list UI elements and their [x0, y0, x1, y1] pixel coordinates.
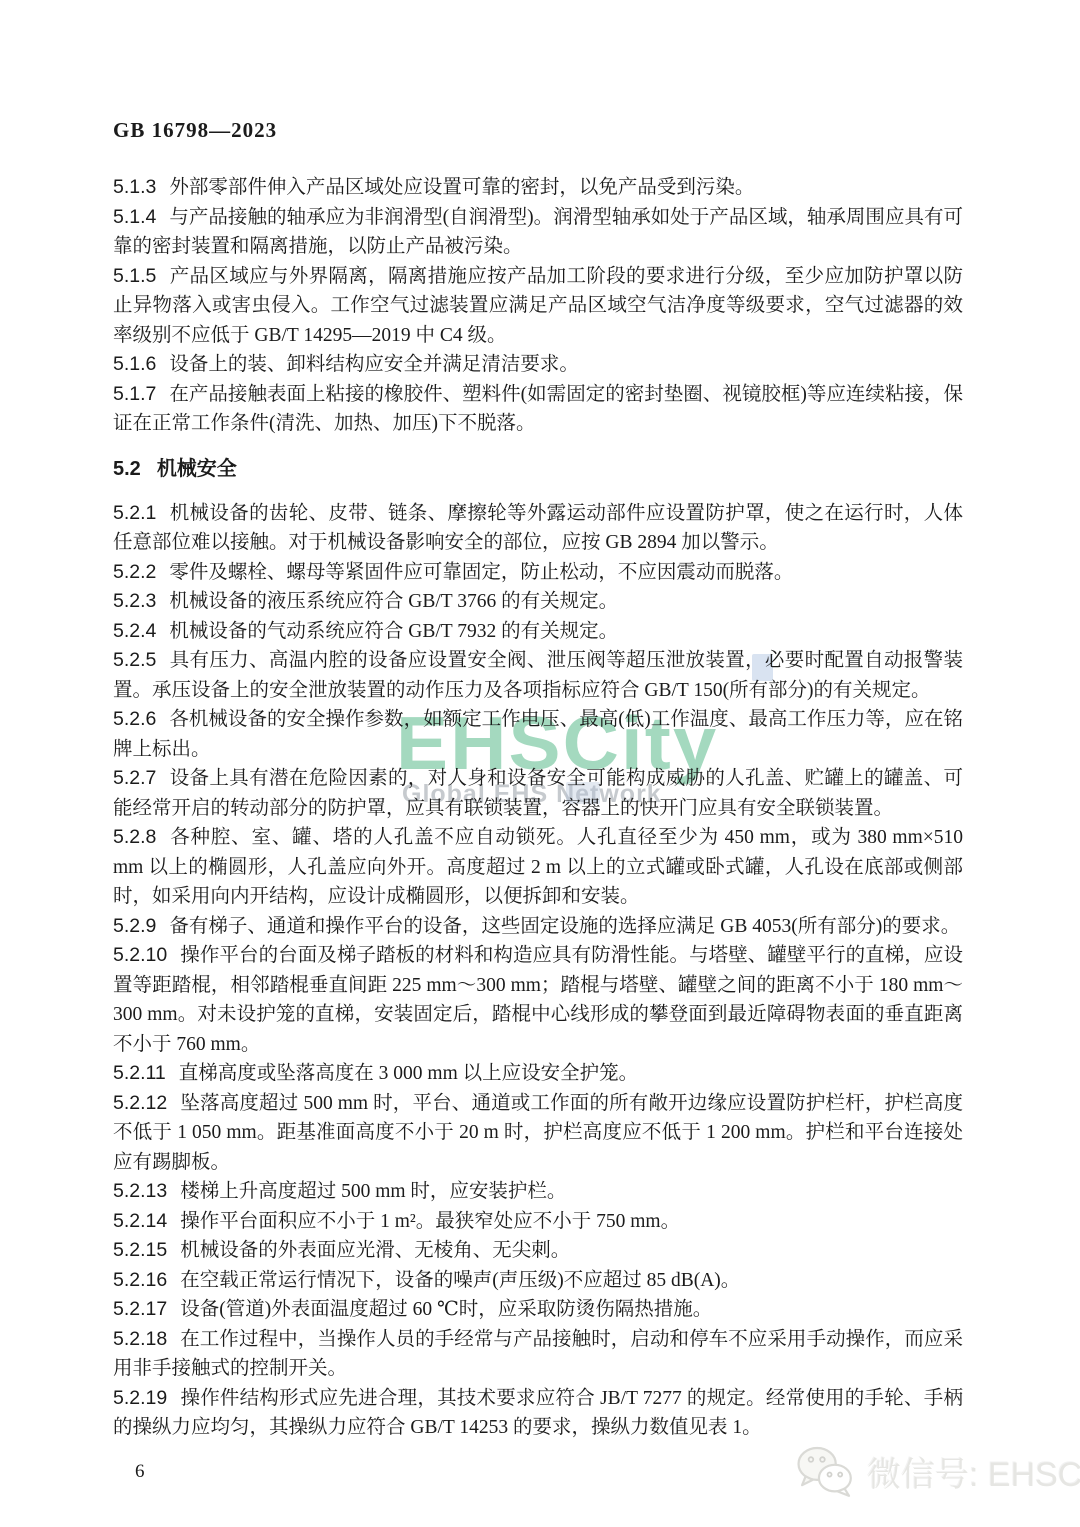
clause-number: 5.2.19	[113, 1387, 167, 1409]
document-page: { "header": { "doc_number": "GB 16798—20…	[0, 0, 1080, 1527]
clause-text: 机械设备的气动系统应符合 GB/T 7932 的有关规定。	[169, 621, 618, 642]
clause-number: 5.2.7	[113, 767, 156, 789]
clause-number: 5.2.13	[113, 1180, 167, 1202]
clause-5-2-5: 5.2.5具有压力、高温内腔的设备应设置安全阀、泄压阀等超压泄放装置，必要时配置…	[113, 646, 963, 705]
clause-text: 机械设备的齿轮、皮带、链条、摩擦轮等外露运动部件应设置防护罩，使之在运行时，人体…	[113, 503, 963, 554]
clause-5-2-9: 5.2.9备有梯子、通道和操作平台的设备，这些固定设施的选择应满足 GB 405…	[113, 912, 963, 942]
clause-5-2-7: 5.2.7设备上具有潜在危险因素的，对人身和设备安全可能构成威胁的人孔盖、贮罐上…	[113, 764, 963, 823]
clause-number: 5.2.4	[113, 620, 156, 642]
section-heading-5-2: 5.2机械安全	[113, 455, 963, 483]
clause-text: 直梯高度或坠落高度在 3 000 mm 以上应设安全护笼。	[179, 1063, 638, 1084]
clause-number: 5.2.16	[113, 1269, 167, 1291]
clause-text: 在产品接触表面上粘接的橡胶件、塑料件(如需固定的密封垫圈、视镜胶框)等应连续粘接…	[113, 384, 963, 435]
clause-text: 设备上的装、卸料结构应安全并满足清洁要求。	[169, 354, 579, 375]
clause-5-1-5: 5.1.5产品区域应与外界隔离，隔离措施应按产品加工阶段的要求进行分级，至少应加…	[113, 262, 963, 351]
clause-text: 各机械设备的安全操作参数，如额定工作电压、最高(低)工作温度、最高工作压力等，应…	[113, 709, 963, 760]
clause-number: 5.2.1	[113, 502, 156, 524]
clause-text: 零件及螺栓、螺母等紧固件应可靠固定，防止松动，不应因震动而脱落。	[169, 562, 793, 583]
document-body: GB 16798—2023 5.1.3外部零部件伸入产品区域处应设置可靠的密封，…	[0, 0, 1080, 1483]
clause-5-2-16: 5.2.16在空载正常运行情况下，设备的噪声(声压级)不应超过 85 dB(A)…	[113, 1266, 963, 1296]
clause-5-2-13: 5.2.13楼梯上升高度超过 500 mm 时，应安装护栏。	[113, 1177, 963, 1207]
clause-number: 5.2.18	[113, 1328, 167, 1350]
clause-number: 5.1.7	[113, 383, 156, 405]
clause-text: 外部零部件伸入产品区域处应设置可靠的密封，以免产品受到污染。	[169, 177, 754, 198]
clause-text: 机械设备的外表面应光滑、无棱角、无尖刺。	[180, 1240, 570, 1261]
clause-5-2-17: 5.2.17设备(管道)外表面温度超过 60 ℃时，应采取防烫伤隔热措施。	[113, 1295, 963, 1325]
clause-5-2-11: 5.2.11直梯高度或坠落高度在 3 000 mm 以上应设安全护笼。	[113, 1059, 963, 1089]
clause-5-2-8: 5.2.8各种腔、室、罐、塔的人孔盖不应自动锁死。人孔直径至少为 450 mm，…	[113, 823, 963, 912]
clause-number: 5.1.3	[113, 176, 156, 198]
clause-number: 5.2.10	[113, 944, 167, 966]
clause-5-2-4: 5.2.4机械设备的气动系统应符合 GB/T 7932 的有关规定。	[113, 617, 963, 647]
clause-5-2-3: 5.2.3机械设备的液压系统应符合 GB/T 3766 的有关规定。	[113, 587, 963, 617]
clause-number: 5.2.2	[113, 561, 156, 583]
clause-5-2-14: 5.2.14操作平台面积应不小于 1 m²。最狭窄处应不小于 750 mm。	[113, 1207, 963, 1237]
clause-5-2-19: 5.2.19操作件结构形式应先进合理，其技术要求应符合 JB/T 7277 的规…	[113, 1384, 963, 1443]
clause-5-2-2: 5.2.2零件及螺栓、螺母等紧固件应可靠固定，防止松动，不应因震动而脱落。	[113, 558, 963, 588]
clause-number: 5.1.5	[113, 265, 156, 287]
clause-5-2-12: 5.2.12坠落高度超过 500 mm 时，平台、通道或工作面的所有敞开边缘应设…	[113, 1089, 963, 1178]
clause-number: 5.2.14	[113, 1210, 167, 1232]
clause-text: 机械设备的液压系统应符合 GB/T 3766 的有关规定。	[169, 591, 618, 612]
clause-text: 在空载正常运行情况下，设备的噪声(声压级)不应超过 85 dB(A)。	[180, 1270, 740, 1291]
clause-number: 5.2.11	[113, 1062, 166, 1084]
clause-text: 各种腔、室、罐、塔的人孔盖不应自动锁死。人孔直径至少为 450 mm，或为 38…	[113, 827, 963, 907]
clause-number: 5.2.5	[113, 649, 156, 671]
clause-text: 产品区域应与外界隔离，隔离措施应按产品加工阶段的要求进行分级，至少应加防护罩以防…	[113, 266, 963, 346]
clause-5-1-7: 5.1.7在产品接触表面上粘接的橡胶件、塑料件(如需固定的密封垫圈、视镜胶框)等…	[113, 380, 963, 439]
section-number: 5.2	[113, 458, 141, 480]
clause-5-2-18: 5.2.18在工作过程中，当操作人员的手经常与产品接触时，启动和停车不应采用手动…	[113, 1325, 963, 1384]
clause-5-1-3: 5.1.3外部零部件伸入产品区域处应设置可靠的密封，以免产品受到污染。	[113, 173, 963, 203]
clause-number: 5.2.8	[113, 826, 156, 848]
clause-text: 操作平台面积应不小于 1 m²。最狭窄处应不小于 750 mm。	[180, 1211, 680, 1232]
clause-5-2-15: 5.2.15机械设备的外表面应光滑、无棱角、无尖刺。	[113, 1236, 963, 1266]
clause-5-1-4: 5.1.4与产品接触的轴承应为非润滑型(自润滑型)。润滑型轴承如处于产品区域，轴…	[113, 203, 963, 262]
clause-text: 具有压力、高温内腔的设备应设置安全阀、泄压阀等超压泄放装置，必要时配置自动报警装…	[113, 650, 963, 701]
clause-number: 5.2.12	[113, 1092, 167, 1114]
clause-text: 设备(管道)外表面温度超过 60 ℃时，应采取防烫伤隔热措施。	[180, 1299, 712, 1320]
clause-text: 备有梯子、通道和操作平台的设备，这些固定设施的选择应满足 GB 4053(所有部…	[169, 916, 960, 937]
clause-text: 坠落高度超过 500 mm 时，平台、通道或工作面的所有敞开边缘应设置防护栏杆，…	[113, 1093, 963, 1173]
clause-text: 在工作过程中，当操作人员的手经常与产品接触时，启动和停车不应采用手动操作，而应采…	[113, 1329, 963, 1380]
clause-text: 与产品接触的轴承应为非润滑型(自润滑型)。润滑型轴承如处于产品区域，轴承周围应具…	[113, 207, 963, 258]
clause-number: 5.2.15	[113, 1239, 167, 1261]
clause-number: 5.2.17	[113, 1298, 167, 1320]
clause-5-2-6: 5.2.6各机械设备的安全操作参数，如额定工作电压、最高(低)工作温度、最高工作…	[113, 705, 963, 764]
clause-5-2-1: 5.2.1机械设备的齿轮、皮带、链条、摩擦轮等外露运动部件应设置防护罩，使之在运…	[113, 499, 963, 558]
clause-number: 5.2.9	[113, 915, 156, 937]
doc-number: GB 16798—2023	[113, 118, 963, 143]
wechat-badge: 微信号: EHSCity	[795, 1444, 1080, 1498]
clause-number: 5.1.6	[113, 353, 156, 375]
clause-text: 设备上具有潜在危险因素的，对人身和设备安全可能构成威胁的人孔盖、贮罐上的罐盖、可…	[113, 768, 963, 819]
section-title: 机械安全	[157, 458, 237, 480]
clause-5-2-10: 5.2.10操作平台的台面及梯子踏板的材料和构造应具有防滑性能。与塔壁、罐壁平行…	[113, 941, 963, 1059]
clause-text: 操作平台的台面及梯子踏板的材料和构造应具有防滑性能。与塔壁、罐壁平行的直梯，应设…	[113, 945, 963, 1055]
clause-5-1-6: 5.1.6设备上的装、卸料结构应安全并满足清洁要求。	[113, 350, 963, 380]
clause-text: 操作件结构形式应先进合理，其技术要求应符合 JB/T 7277 的规定。经常使用…	[113, 1388, 963, 1439]
wechat-label: 微信号: EHSCity	[867, 1447, 1080, 1496]
clause-text: 楼梯上升高度超过 500 mm 时，应安装护栏。	[180, 1181, 566, 1202]
clause-number: 5.1.4	[113, 206, 156, 228]
clause-number: 5.2.6	[113, 708, 156, 730]
clause-number: 5.2.3	[113, 590, 156, 612]
wechat-icon	[795, 1444, 857, 1498]
